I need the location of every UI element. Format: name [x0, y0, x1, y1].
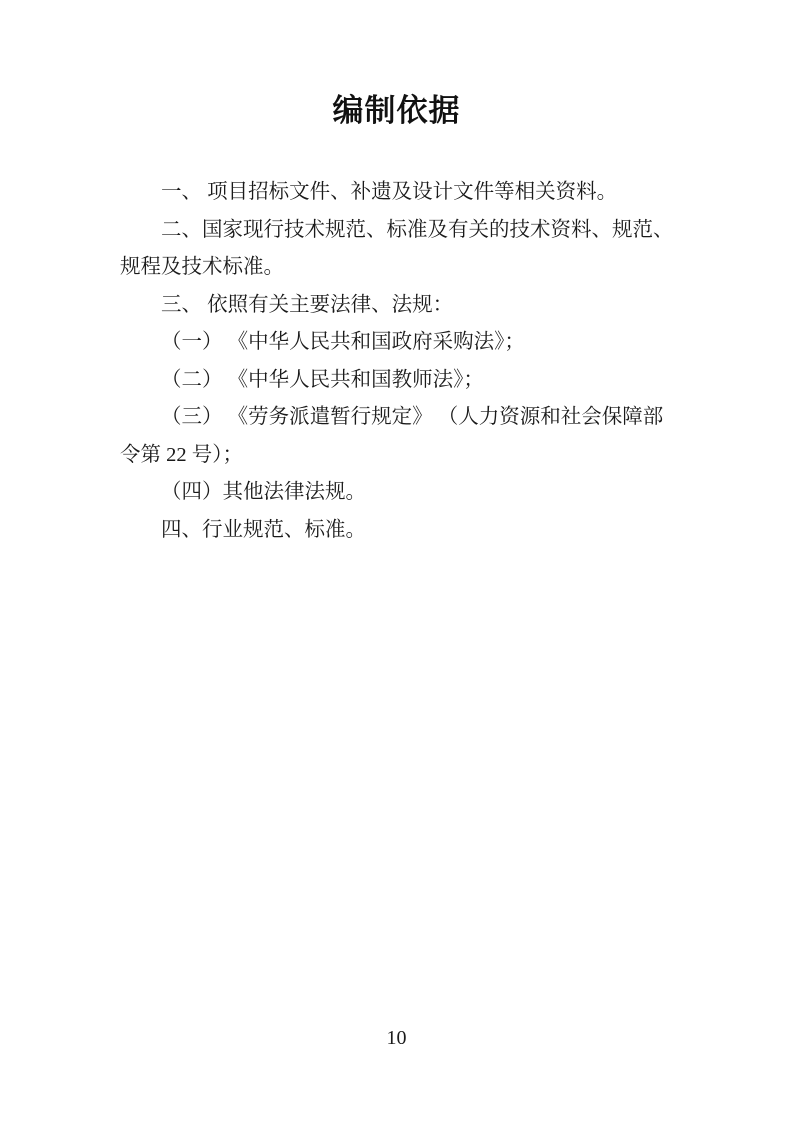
body-line-5: （一） 《中华人民共和国政府采购法》； — [120, 324, 674, 362]
body-line-1: 一、 项目招标文件、补遗及设计文件等相关资料。 — [120, 174, 674, 212]
body-line-9: （四）其他法律法规。 — [120, 474, 674, 512]
body-line-8: 令第 22 号）； — [120, 437, 674, 475]
document-title: 编制依据 — [0, 88, 793, 134]
body-line-6: （二） 《中华人民共和国教师法》； — [120, 362, 674, 400]
page-number: 10 — [0, 1022, 793, 1054]
body-line-10: 四、行业规范、标准。 — [120, 512, 674, 550]
document-page: 编制依据 一、 项目招标文件、补遗及设计文件等相关资料。 二、国家现行技术规范、… — [0, 0, 793, 1122]
body-line-4: 三、 依照有关主要法律、法规： — [120, 287, 674, 325]
document-body: 一、 项目招标文件、补遗及设计文件等相关资料。 二、国家现行技术规范、标准及有关… — [120, 174, 674, 549]
body-line-3: 规程及技术标准。 — [120, 249, 674, 287]
body-line-7: （三） 《劳务派遣暂行规定》 （人力资源和社会保障部 — [120, 399, 674, 437]
body-line-2: 二、国家现行技术规范、标准及有关的技术资料、规范、 — [120, 212, 674, 250]
